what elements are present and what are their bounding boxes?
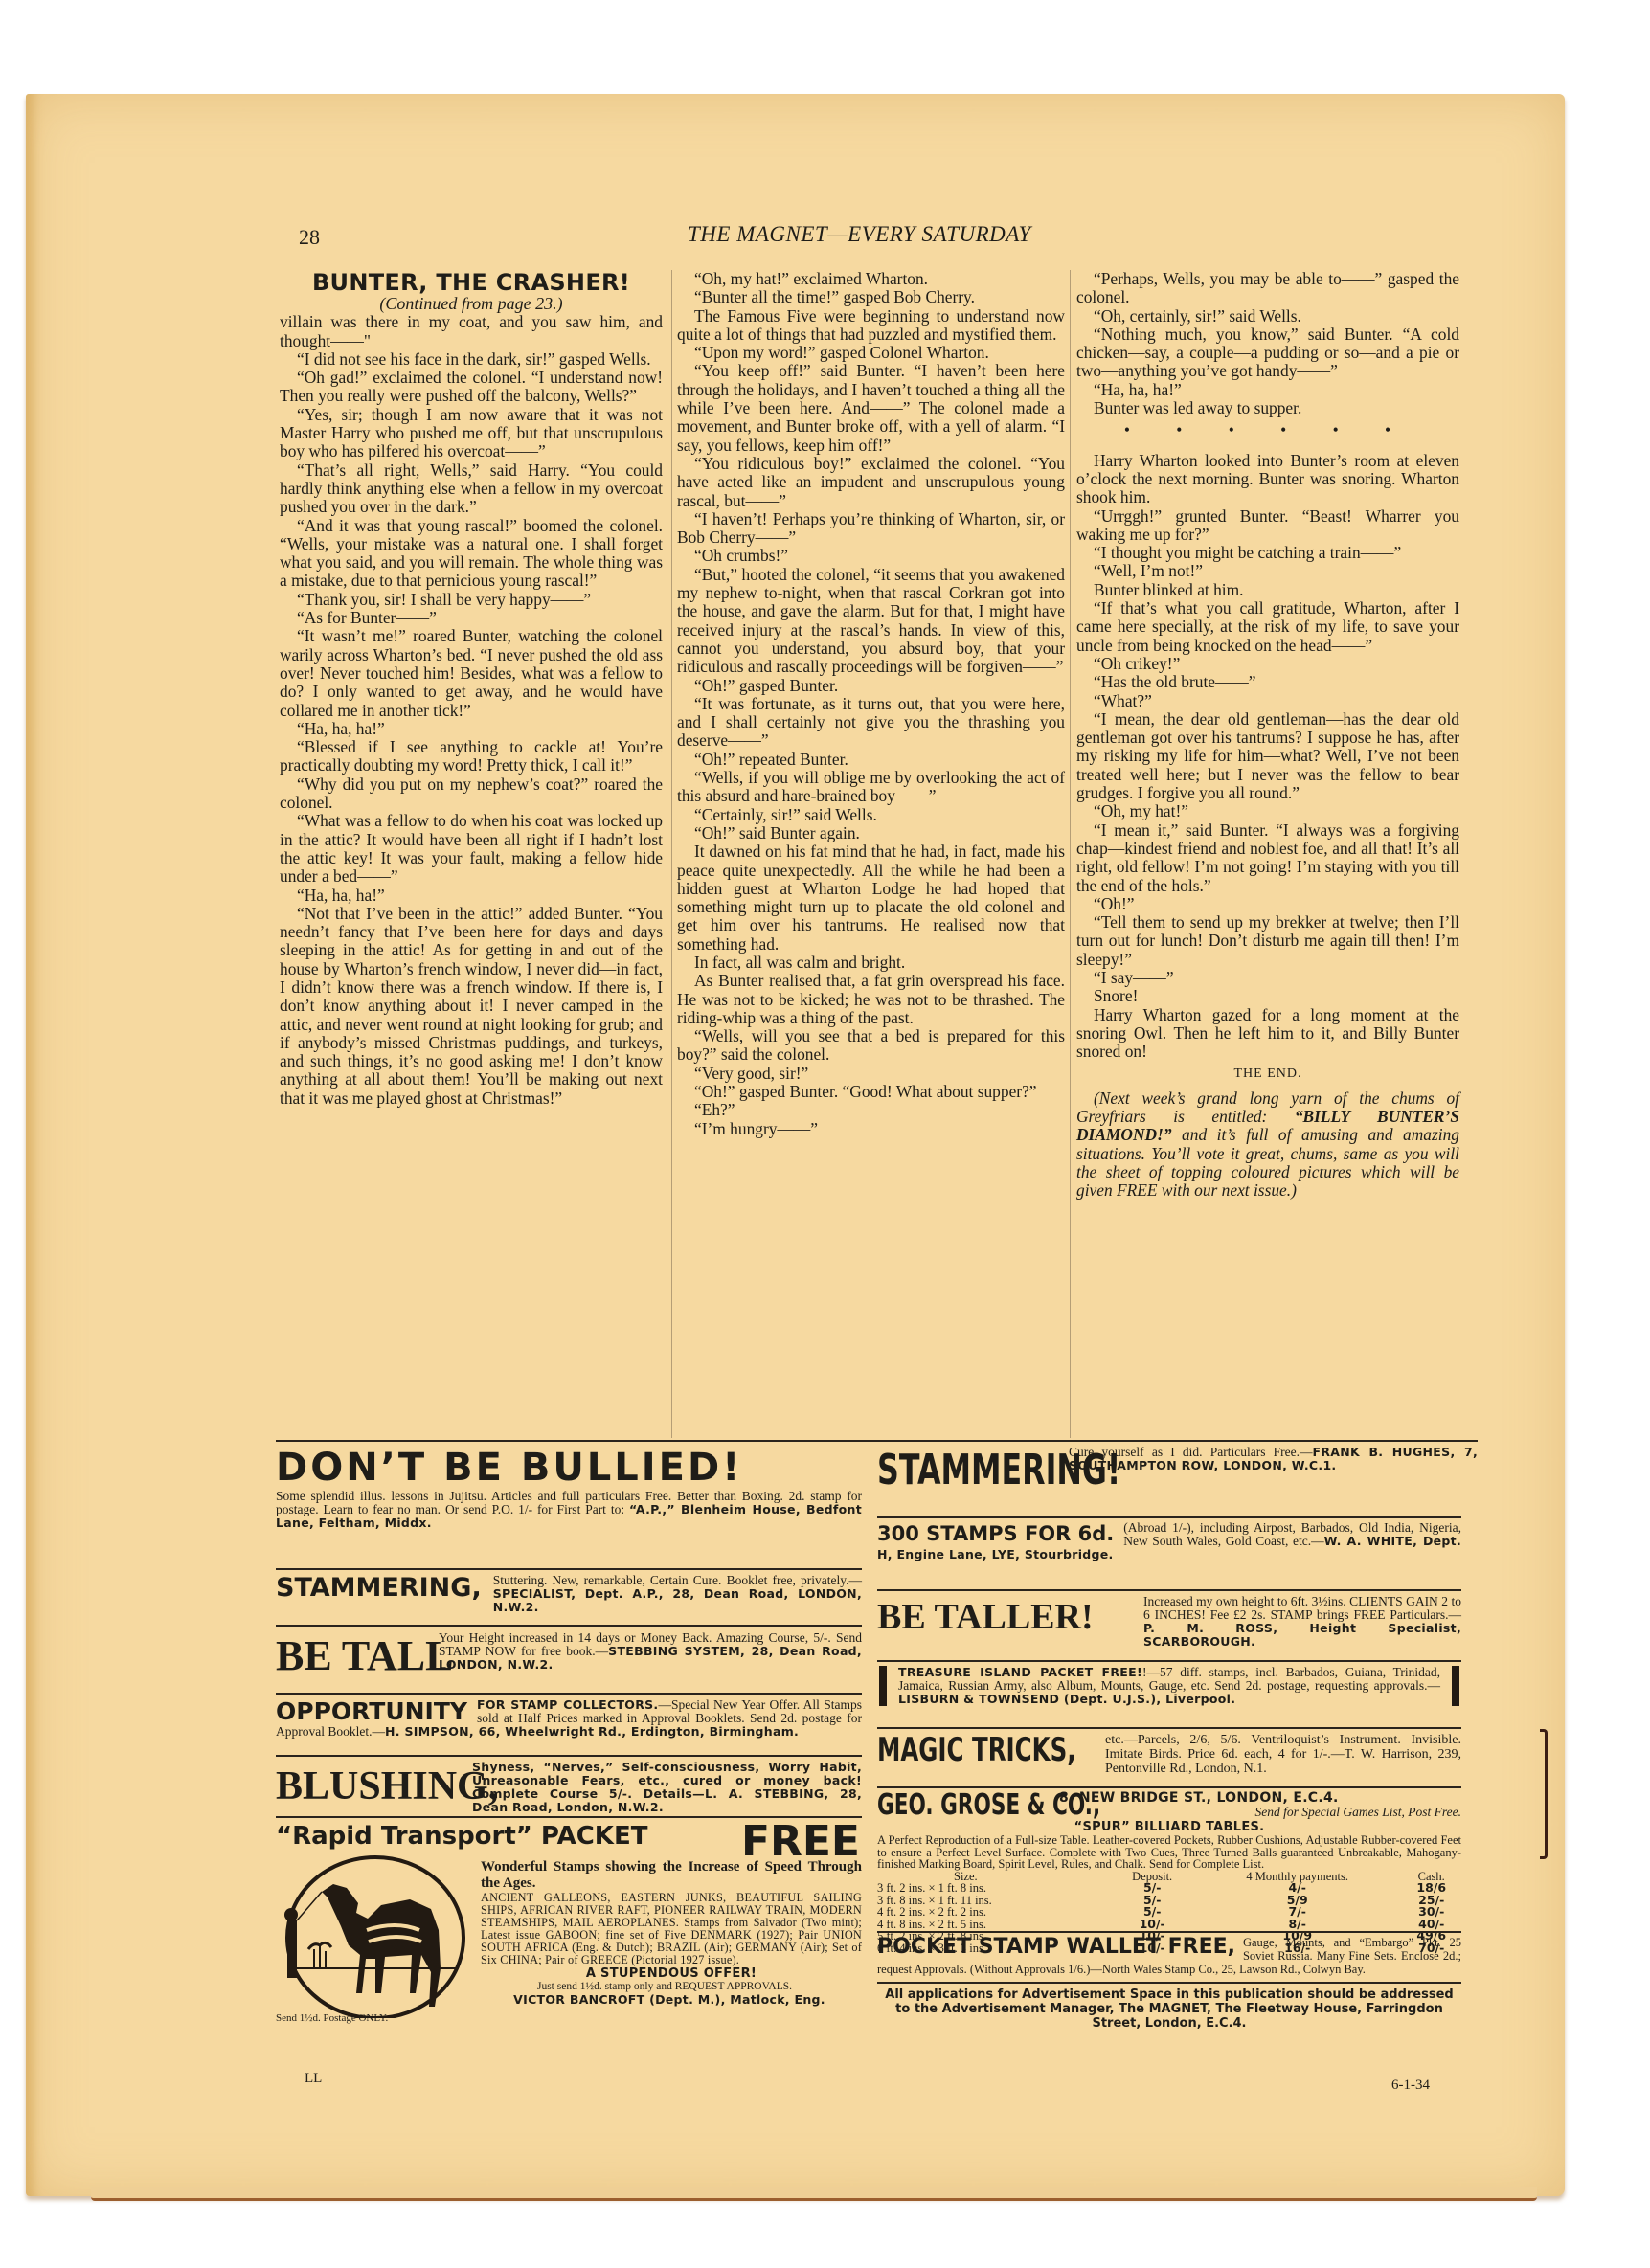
story-paragraph: “But,” hooted the colonel, “it seems tha… (677, 566, 1065, 677)
divider (877, 1589, 1461, 1591)
ad-rapid-transport-packet: “Rapid Transport” PACKET FREE Wonderful … (276, 1821, 862, 2012)
story-paragraph: It dawned on his fat mind that he had, i… (677, 842, 1065, 954)
ad-geo-grose-billiards: GEO. GROSE & CO., 8, NEW BRIDGE ST., LON… (877, 1790, 1461, 1954)
story-paragraph: Harry Wharton looked into Bunter’s room … (1076, 452, 1459, 507)
story-paragraph: “Well, I’m not!” (1076, 562, 1459, 580)
ad-treasure-island-packet: TREASURE ISLAND PACKET FREE!!—57 diff. s… (879, 1666, 1459, 1706)
story-paragraph: “It was fortunate, as it turns out, that… (677, 695, 1065, 751)
story-paragraph: “Oh, certainly, sir!” said Wells. (1076, 307, 1459, 326)
story-paragraph: “Upon my word!” gasped Colonel Wharton. (677, 344, 1065, 362)
story-paragraph: “What?” (1076, 692, 1459, 710)
ad-300-stamps: 300 STAMPS FOR 6d. (Abroad 1/-), includi… (877, 1521, 1461, 1561)
story-paragraph: “Has the old brute——” (1076, 673, 1459, 691)
camel-illustration-icon (276, 1853, 467, 2018)
story-paragraph: “You ridiculous boy!” exclaimed the colo… (677, 455, 1065, 510)
divider (877, 1982, 1461, 1984)
story-paragraph: “Oh crumbs!” (677, 547, 1065, 565)
divider (276, 1568, 862, 1570)
story-paragraph: “Blessed if I see anything to cackle at!… (280, 738, 663, 775)
story-paragraph: “Certainly, sir!” said Wells. (677, 806, 1065, 824)
story-paragraph: “Oh!” said Bunter again. (677, 824, 1065, 842)
page-number: 28 (299, 225, 320, 250)
story-paragraph: “Oh crikey!” (1076, 655, 1459, 673)
column-rule (671, 270, 672, 1438)
story-paragraph: “Ha, ha, ha!” (280, 720, 663, 738)
story-paragraph: “Ha, ha, ha!” (280, 887, 663, 905)
story-paragraph: “Oh, my hat!” (1076, 802, 1459, 820)
story-paragraph: “You keep off!” said Bunter. “I haven’t … (677, 362, 1065, 454)
story-paragraph: “Wells, if you will oblige me by overloo… (677, 769, 1065, 806)
ad-stammering-hughes: STAMMERING! Cure yourself as I did. Part… (877, 1446, 1478, 1495)
paragraphs: villain was there in my coat, and you sa… (280, 313, 663, 1108)
story-paragraph: “It wasn’t me!” roared Bunter, watching … (280, 627, 663, 719)
story-column-2: “Oh, my hat!” exclaimed Wharton.“Bunter … (677, 270, 1065, 1138)
story-paragraph: “I mean it,” said Bunter. “I always was … (1076, 821, 1459, 895)
story-paragraph: “Perhaps, Wells, you may be able to——” g… (1076, 270, 1459, 307)
story-paragraph: “Urrggh!” grunted Bunter. “Beast! Wharre… (1076, 507, 1459, 545)
page-bottom-edge (91, 2187, 1537, 2201)
story-paragraph: “If that’s what you call gratitude, Whar… (1076, 599, 1459, 655)
story-paragraph: “I say——” (1076, 969, 1459, 987)
story-paragraph: “Oh!” gasped Bunter. “Good! What about s… (677, 1083, 1065, 1101)
story-paragraph: “I did not see his face in the dark, sir… (280, 350, 663, 369)
next-week-note: (Next week’s grand long yarn of the chum… (1076, 1089, 1459, 1201)
story-paragraph: “Eh?” (677, 1101, 1065, 1119)
story-paragraph: “That’s all right, Wells,” said Harry. “… (280, 461, 663, 517)
continued-note: (Continued from page 23.) (280, 295, 663, 313)
story-paragraph: “Oh gad!” exclaimed the colonel. “I unde… (280, 369, 663, 406)
divider (276, 1755, 862, 1757)
story-paragraph: “Oh!” repeated Bunter. (677, 751, 1065, 769)
story-paragraph: “I’m hungry——” (677, 1120, 1065, 1138)
ad-opportunity-stamps: OPPORTUNITY FOR STAMP COLLECTORS.—Specia… (276, 1698, 862, 1739)
story-paragraph: Snore! (1076, 987, 1459, 1005)
divider (276, 1693, 862, 1695)
paragraphs: “Perhaps, Wells, you may be able to——” g… (1076, 270, 1459, 417)
paragraphs: “Oh, my hat!” exclaimed Wharton.“Bunter … (677, 270, 1065, 1138)
story-paragraph: “Why did you put on my nephew’s coat?” r… (280, 775, 663, 813)
story-paragraph: “Oh!” (1076, 895, 1459, 913)
advertising-notice: All applications for Advertisement Space… (877, 1987, 1461, 2031)
issue-date: 6-1-34 (1391, 2077, 1430, 2094)
price-table-row: 3 ft. 2 ins. × 1 ft. 8 ins.5/-4/-18/6 (877, 1882, 1461, 1895)
story-paragraph: Bunter was led away to supper. (1076, 399, 1459, 417)
divider (276, 1625, 862, 1627)
story-paragraph: “Very good, sir!” (677, 1065, 1065, 1083)
story-paragraph: “What was a fellow to do when his coat w… (280, 812, 663, 886)
story-paragraph: “Thank you, sir! I shall be very happy——… (280, 591, 663, 609)
story-paragraph: “Bunter all the time!” gasped Bob Cherry… (677, 288, 1065, 306)
divider (877, 1727, 1461, 1729)
divider (877, 1660, 1461, 1662)
column-rule (1070, 270, 1071, 1438)
story-paragraph: “I haven’t! Perhaps you’re thinking of W… (677, 510, 1065, 548)
ad-be-taller: BE TALLER! Increased my own height to 6f… (877, 1595, 1461, 1649)
story-paragraph: “Oh!” gasped Bunter. (677, 677, 1065, 695)
story-paragraph: As Bunter realised that, a fat grin over… (677, 972, 1065, 1027)
story-paragraph: “Wells, will you see that a bed is prepa… (677, 1027, 1065, 1065)
running-head: THE MAGNET—EVERY SATURDAY (688, 222, 1031, 247)
story-paragraph: villain was there in my coat, and you sa… (280, 313, 663, 350)
divider (877, 1931, 1461, 1933)
advertisements: DON’T BE BULLIED! Some splendid illus. l… (276, 1440, 1478, 2005)
story-paragraph: “Nothing much, you know,” said Bunter. “… (1076, 326, 1459, 381)
story-column-1: BUNTER, THE CRASHER! (Continued from pag… (280, 270, 663, 1108)
story-paragraph: “Ha, ha, ha!” (1076, 381, 1459, 399)
story-paragraph: “Oh, my hat!” exclaimed Wharton. (677, 270, 1065, 288)
story-paragraph: “And it was that young rascal!” boomed t… (280, 517, 663, 591)
divider (877, 1516, 1461, 1518)
story-column-3: “Perhaps, Wells, you may be able to——” g… (1076, 270, 1459, 1201)
story-paragraph: “Yes, sir; though I am now aware that it… (280, 406, 663, 461)
story-paragraph: “I mean, the dear old gentleman—has the … (1076, 710, 1459, 802)
printer-mark: LL (305, 2071, 322, 2087)
scene-break: • • • • • • (1076, 421, 1459, 439)
ad-stammering-specialist: STAMMERING, Stuttering. New, remarkable,… (276, 1574, 862, 1614)
story-paragraph: “Not that I’ve been in the attic!” added… (280, 905, 663, 1108)
ad-be-tall: BE TALL Your Height increased in 14 days… (276, 1631, 862, 1681)
divider (276, 1440, 1478, 1442)
story-paragraph: In fact, all was calm and bright. (677, 954, 1065, 972)
paragraphs: Harry Wharton looked into Bunter’s room … (1076, 452, 1459, 1062)
story-paragraph: “As for Bunter——” (280, 609, 663, 627)
ad-magic-tricks: MAGIC TRICKS, etc.—Parcels, 2/6, 5/6. Ve… (877, 1733, 1461, 1776)
ad-dont-be-bullied: DON’T BE BULLIED! Some splendid illus. l… (276, 1446, 862, 1530)
divider (870, 1442, 870, 2007)
ad-blushing: BLUSHING, Shyness, “Nerves,” Self-consci… (276, 1761, 862, 1814)
the-end: THE END. (1076, 1065, 1459, 1083)
story-title: BUNTER, THE CRASHER! (280, 270, 663, 295)
story-paragraph: Harry Wharton gazed for a long moment at… (1076, 1006, 1459, 1062)
staple (1540, 1729, 1548, 1859)
ad-pocket-stamp-wallet: POCKET STAMP WALLET FREE, Gauge, Mounts,… (877, 1936, 1461, 1976)
story-paragraph: “I thought you might be catching a train… (1076, 544, 1459, 562)
price-table-row: 4 ft. 2 ins. × 2 ft. 2 ins.5/-7/-30/- (877, 1906, 1461, 1919)
story-paragraph: “Tell them to send up my brekker at twel… (1076, 913, 1459, 969)
story-paragraph: Bunter blinked at him. (1076, 581, 1459, 599)
story-paragraph: The Famous Five were beginning to unders… (677, 307, 1065, 345)
